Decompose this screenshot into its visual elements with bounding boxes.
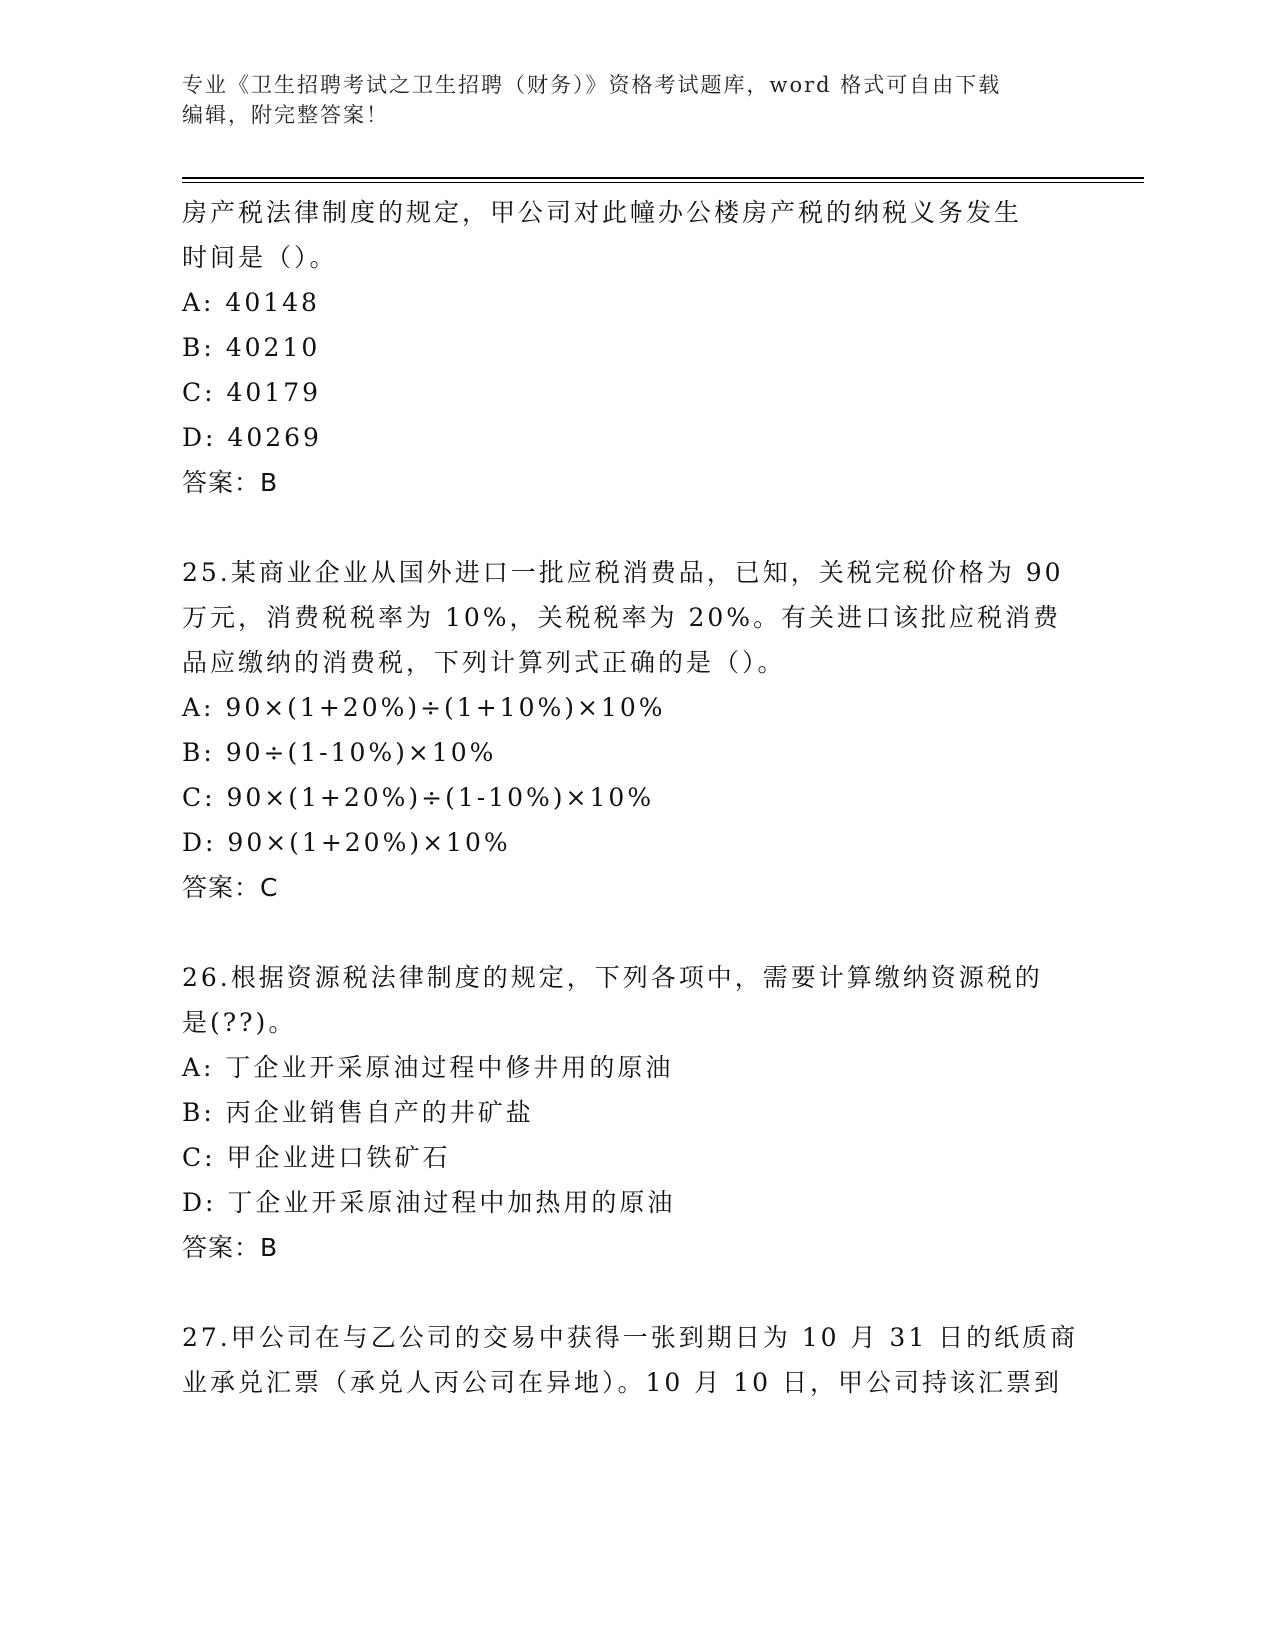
option-a: A: 40148 bbox=[182, 280, 1082, 325]
question-stem-line: 时间是（）。 bbox=[182, 235, 1082, 280]
option-a: A: 90×(1+20%)÷(1+10%)×10% bbox=[182, 685, 1082, 730]
question-27: 27.甲公司在与乙公司的交易中获得一张到期日为 10 月 31 日的纸质商 业承… bbox=[182, 1315, 1082, 1405]
document-page: 专业《卫生招聘考试之卫生招聘（财务）》资格考试题库，word 格式可自由下载 编… bbox=[0, 0, 1275, 1650]
header-line-1: 专业《卫生招聘考试之卫生招聘（财务）》资格考试题库，word 格式可自由下载 bbox=[182, 70, 1062, 100]
answer-label: 答案：B bbox=[182, 460, 1082, 505]
question-stem-line: 房产税法律制度的规定，甲公司对此幢办公楼房产税的纳税义务发生 bbox=[182, 190, 1082, 235]
option-c: C: 40179 bbox=[182, 370, 1082, 415]
question-stem-line: 业承兑汇票（承兑人丙公司在异地）。10 月 10 日，甲公司持该汇票到 bbox=[182, 1360, 1082, 1405]
option-c: C: 甲企业进口铁矿石 bbox=[182, 1135, 1082, 1180]
option-b: B: 丙企业销售自产的井矿盐 bbox=[182, 1090, 1082, 1135]
option-d: D: 40269 bbox=[182, 415, 1082, 460]
question-24: 房产税法律制度的规定，甲公司对此幢办公楼房产税的纳税义务发生 时间是（）。 A:… bbox=[182, 190, 1082, 505]
option-c: C: 90×(1+20%)÷(1-10%)×10% bbox=[182, 775, 1082, 820]
header-rule-thin bbox=[182, 182, 1144, 183]
question-stem-line: 26.根据资源税法律制度的规定，下列各项中，需要计算缴纳资源税的 bbox=[182, 955, 1082, 1000]
question-stem-line: 25.某商业企业从国外进口一批应税消费品，已知，关税完税价格为 90 bbox=[182, 550, 1082, 595]
spacer bbox=[182, 505, 1082, 550]
spacer bbox=[182, 910, 1082, 955]
option-d: D: 丁企业开采原油过程中加热用的原油 bbox=[182, 1180, 1082, 1225]
option-b: B: 40210 bbox=[182, 325, 1082, 370]
question-26: 26.根据资源税法律制度的规定，下列各项中，需要计算缴纳资源税的 是(??)。 … bbox=[182, 955, 1082, 1270]
question-list: 房产税法律制度的规定，甲公司对此幢办公楼房产税的纳税义务发生 时间是（）。 A:… bbox=[182, 190, 1082, 1405]
option-a: A: 丁企业开采原油过程中修井用的原油 bbox=[182, 1045, 1082, 1090]
option-b: B: 90÷(1-10%)×10% bbox=[182, 730, 1082, 775]
question-stem-line: 万元，消费税税率为 10%，关税税率为 20%。有关进口该批应税消费 bbox=[182, 595, 1082, 640]
question-25: 25.某商业企业从国外进口一批应税消费品，已知，关税完税价格为 90 万元，消费… bbox=[182, 550, 1082, 910]
answer-label: 答案：C bbox=[182, 865, 1082, 910]
document-header: 专业《卫生招聘考试之卫生招聘（财务）》资格考试题库，word 格式可自由下载 编… bbox=[182, 70, 1062, 130]
question-stem-line: 品应缴纳的消费税，下列计算列式正确的是（）。 bbox=[182, 640, 1082, 685]
question-stem-line: 是(??)。 bbox=[182, 1000, 1082, 1045]
option-d: D: 90×(1+20%)×10% bbox=[182, 820, 1082, 865]
answer-label: 答案：B bbox=[182, 1225, 1082, 1270]
header-line-2: 编辑，附完整答案！ bbox=[182, 100, 1062, 130]
spacer bbox=[182, 1270, 1082, 1315]
header-rule-thick bbox=[182, 177, 1144, 179]
question-stem-line: 27.甲公司在与乙公司的交易中获得一张到期日为 10 月 31 日的纸质商 bbox=[182, 1315, 1082, 1360]
